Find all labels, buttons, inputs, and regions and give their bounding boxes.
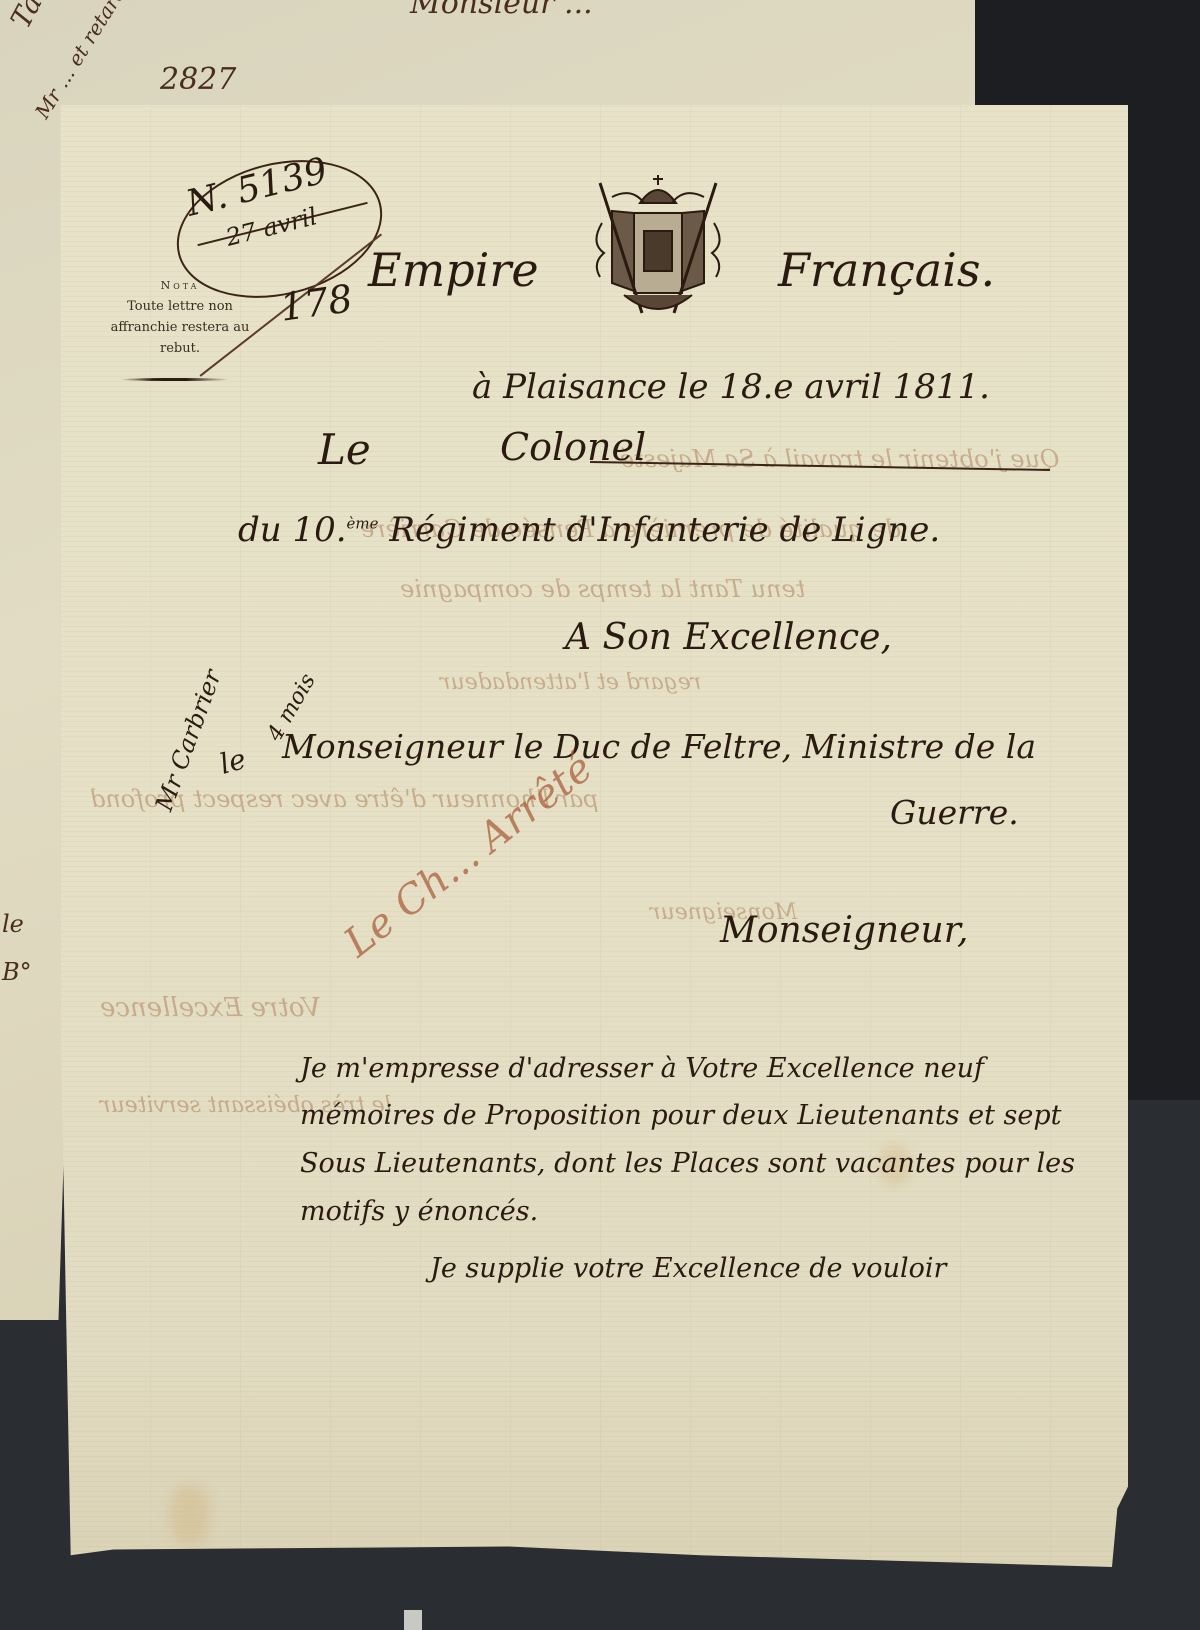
underlying-top-text: Monsieur ...	[410, 0, 593, 21]
nota-line: Toute lettre non	[100, 296, 260, 317]
underlying-number: 2827	[160, 62, 236, 97]
regiment-line: du 10.ème Régiment d'Infanterie de Ligne…	[238, 510, 940, 550]
nota-block: Nota Toute lettre non affranchie restera…	[100, 275, 260, 359]
underlying-corner-word: Tabac	[4, 0, 72, 33]
recipient-line-2: Monseigneur le Duc de Feltre, Ministre d…	[282, 727, 1036, 766]
letter-sheet: Que j'obtenir le travail à Sa Majesté de…	[60, 105, 1128, 1567]
nota-rule	[120, 378, 230, 381]
paper-stain	[170, 1485, 210, 1545]
nota-line: affranchie restera au	[100, 317, 260, 338]
body-line: Je supplie votre Excellence de vouloir	[430, 1253, 946, 1284]
recipient-line-3: Guerre.	[890, 793, 1019, 832]
bleed-through-line: regard et l'attendadeur	[440, 670, 701, 695]
letterhead-francais: Français.	[778, 243, 995, 297]
bleed-through-line: Votre Excellence	[100, 993, 321, 1023]
regiment-ordinal: ème	[347, 515, 379, 533]
underlying-left-line: le	[2, 900, 42, 948]
underlying-margin-note: Mr ... et retard	[30, 0, 131, 123]
folio-number: 178	[277, 276, 355, 330]
nota-line: rebut.	[100, 338, 260, 359]
regiment-number: du 10.	[238, 510, 347, 550]
body-line: Je m'empresse d'adresser à Votre Excelle…	[300, 1053, 984, 1084]
underlying-left-line: B°	[2, 948, 42, 996]
red-ink-annotation: Le Ch... Arrêté	[336, 745, 601, 966]
recipient-line-1: A Son Excellence,	[565, 617, 892, 658]
letterhead-empire: Empire	[368, 243, 539, 297]
bleed-through-line: tenu Tant la temps de compagnie	[400, 575, 805, 603]
body-line: motifs y énoncés.	[300, 1196, 538, 1227]
underlying-paper-scrap	[404, 1610, 422, 1630]
regiment-name: Régiment d'Infanterie de Ligne.	[389, 510, 940, 550]
imperial-coat-of-arms-icon	[582, 173, 734, 323]
sender-prefix: Le	[318, 425, 371, 474]
body-line: Sous Lieutenants, dont les Places sont v…	[300, 1148, 1075, 1179]
nota-title: Nota	[100, 275, 260, 296]
body-line: mémoires de Proposition pour deux Lieute…	[300, 1100, 1062, 1131]
place-and-date: à Plaisance le 18.e avril 1811.	[472, 367, 990, 407]
salutation: Monseigneur,	[720, 910, 968, 951]
underlying-left-column: le B°	[2, 900, 42, 996]
margin-annotation-le: le	[216, 742, 249, 780]
